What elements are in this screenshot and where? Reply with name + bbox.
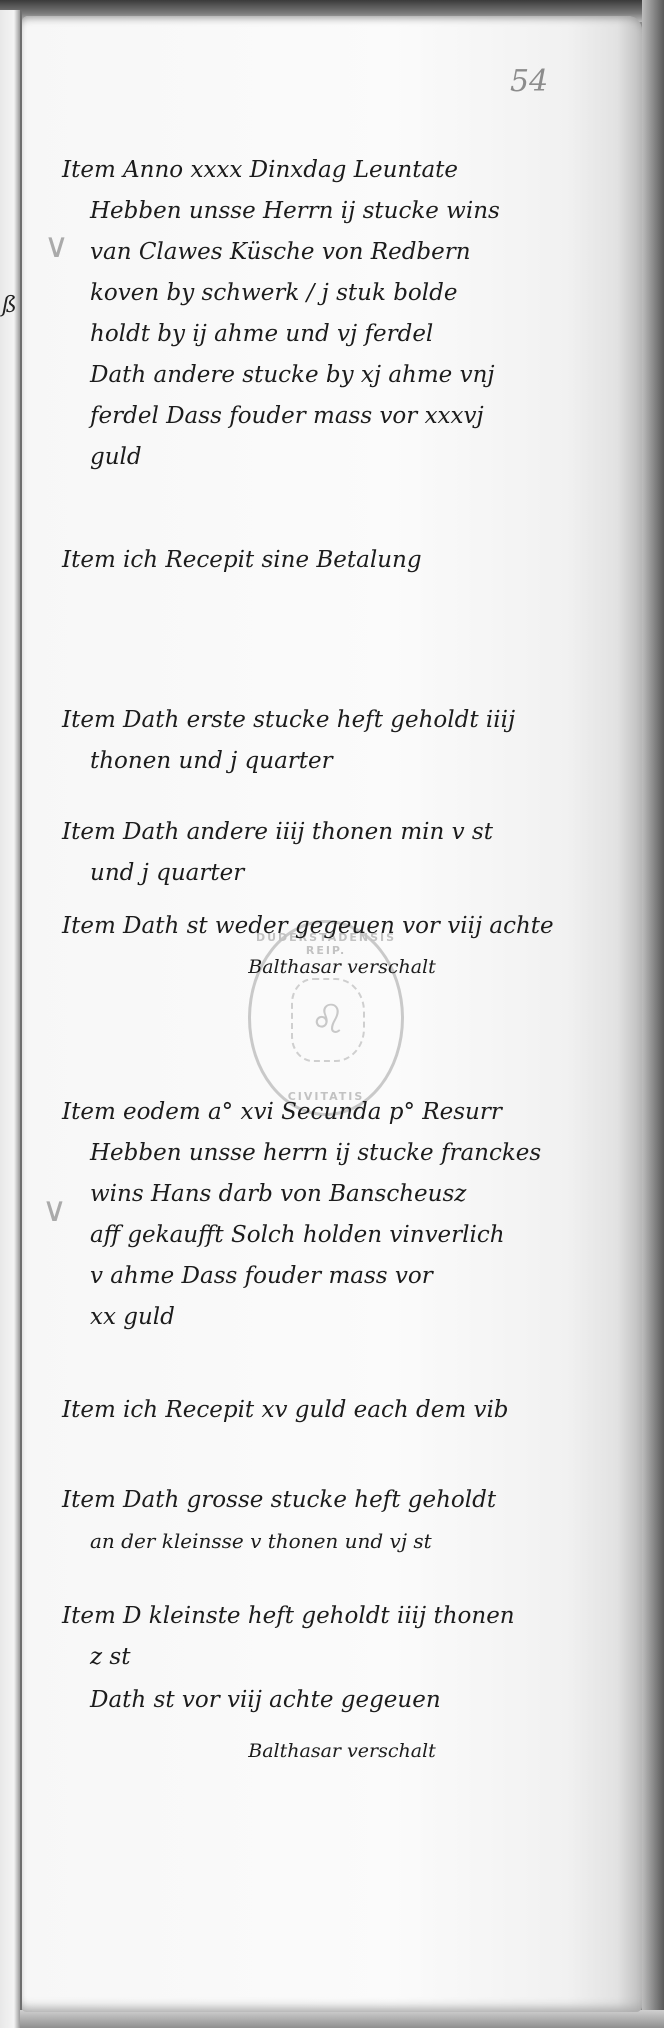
entry-line: Item Anno xxxx Dinxdag Leuntate xyxy=(62,150,500,191)
entry-line: wins Hans darb von Banscheusz xyxy=(62,1174,541,1215)
ledger-entry: Item Anno xxxx Dinxdag Leuntate Hebben u… xyxy=(62,150,500,478)
entry-line: an der kleinsse v thonen und vj st xyxy=(62,1521,496,1562)
entry-line: koven by schwerk / j stuk bolde xyxy=(62,273,500,314)
entry-line: Item Dath st weder gegeuen vor viij acht… xyxy=(62,906,622,947)
ledger-entry: Item Dath andere iiij thonen min v st un… xyxy=(62,812,493,894)
ledger-entry: Item ich Recepit xv guld each dem vib xyxy=(62,1390,509,1431)
page-bottom-edge xyxy=(20,2010,664,2028)
ledger-entry: Item eodem a° xvi Secunda p° Resurr Hebb… xyxy=(62,1092,541,1338)
signature: Balthasar verschalt xyxy=(62,1731,622,1772)
entry-line: Item D kleinste heft geholdt iiij thonen xyxy=(62,1596,515,1637)
entry-line: ferdel Dass fouder mass vor xxxvj xyxy=(62,396,500,437)
ledger-entry: Item Dath grosse stucke heft geholdt an … xyxy=(62,1480,496,1562)
entry-line: z st xyxy=(62,1637,515,1678)
entry-line: Item Dath grosse stucke heft geholdt xyxy=(62,1480,496,1521)
margin-mark: ß xyxy=(2,293,17,318)
entry-line: v ahme Dass fouder mass vor xyxy=(62,1256,541,1297)
entry-line: van Clawes Küsche von Redbern xyxy=(62,232,500,273)
left-page-edge: ß xyxy=(0,10,22,2028)
ledger-entry: Item ich Recepit sine Betalung xyxy=(62,540,422,581)
ledger-entry: Dath st vor viij achte gegeuen Balthasar… xyxy=(62,1680,622,1772)
ledger-entry: Item Dath erste stucke heft geholdt iiij… xyxy=(62,700,515,782)
entry-line: Dath st vor viij achte gegeuen xyxy=(62,1680,622,1721)
entry-line: aff gekaufft Solch holden vinverlich xyxy=(62,1215,541,1256)
ledger-entry: Item Dath st weder gegeuen vor viij acht… xyxy=(62,906,622,988)
entry-line: Item ich Recepit xv guld each dem vib xyxy=(62,1390,509,1431)
ledger-entry: Item D kleinste heft geholdt iiij thonen… xyxy=(62,1596,515,1678)
entry-line: Hebben unsse herrn ij stucke franckes xyxy=(62,1133,541,1174)
check-mark-icon: ∨ xyxy=(44,226,69,266)
entry-line: Item Dath andere iiij thonen min v st xyxy=(62,812,493,853)
lion-icon: ♌ xyxy=(291,978,365,1062)
entry-line: Item ich Recepit sine Betalung xyxy=(62,540,422,581)
check-mark-icon: ∨ xyxy=(42,1190,67,1230)
entry-line: guld xyxy=(62,437,500,478)
entry-line: Hebben unsse Herrn ij stucke wins xyxy=(62,191,500,232)
right-page-edge xyxy=(642,0,664,2028)
entry-line: holdt by ij ahme und vj ferdel xyxy=(62,314,500,355)
signature: Balthasar verschalt xyxy=(62,947,622,988)
entry-line: und j quarter xyxy=(62,853,493,894)
entry-line: thonen und j quarter xyxy=(62,741,515,782)
entry-line: Dath andere stucke by xj ahme vnj xyxy=(62,355,500,396)
folio-number: 54 xyxy=(510,64,548,99)
entry-line: Item eodem a° xvi Secunda p° Resurr xyxy=(62,1092,541,1133)
entry-line: Item Dath erste stucke heft geholdt iiij xyxy=(62,700,515,741)
entry-line: xx guld xyxy=(62,1297,541,1338)
